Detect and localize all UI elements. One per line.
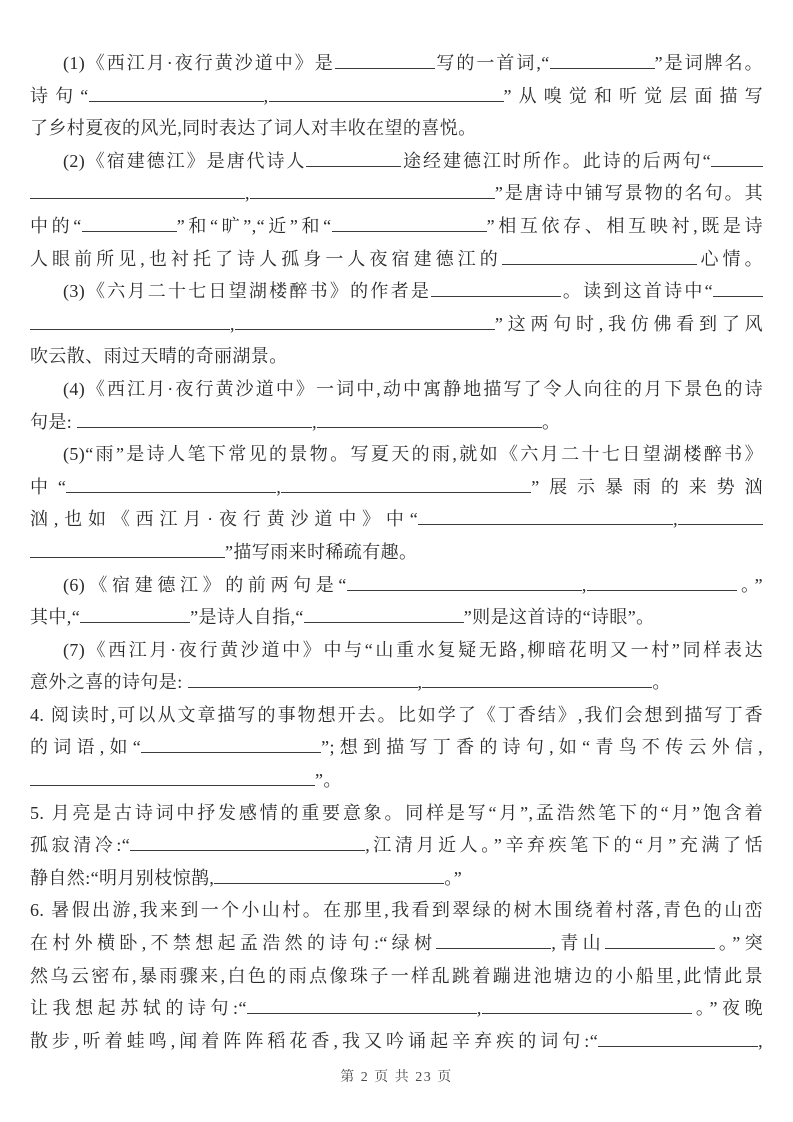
text-segment: 诗句“ [30, 86, 89, 106]
text-line: 中的“”和“旷”,“近”和“”相互依存、相互映衬,既是诗 [30, 210, 763, 243]
text-segment: ”。 [315, 770, 342, 790]
text-segment: 的词语,如“ [30, 737, 141, 757]
text-segment: 人眼前所见,也衬托了诗人孤身一人夜宿建德江的 [30, 249, 502, 269]
text-segment: 。读到这首诗中“ [561, 281, 713, 301]
fill-in-blank [598, 1033, 758, 1047]
text-segment: (6)《宿建德江》的前两句是“ [63, 575, 347, 595]
fill-in-blank [30, 185, 245, 199]
text-segment: ”是词牌名。 [655, 53, 763, 73]
text-segment: 5. 月亮是古诗词中抒发感情的重要意象。同样是写“月”,孟浩然笔下的“月”饱含着 [30, 803, 763, 823]
text-segment: ”描写雨来时稀疏有趣。 [225, 542, 417, 562]
text-segment: ”;想到描写丁香的诗句,如“青鸟不传云外信, [321, 737, 763, 757]
text-segment: (3)《六月二十七日望湖楼醉书》的作者是 [63, 281, 431, 301]
text-line: (2)《宿建德江》是唐代诗人途经建德江时所作。此诗的后两句“ [30, 145, 763, 178]
text-line: ”。 [30, 764, 763, 797]
text-line: ,”这两句时,我仿佛看到了风 [30, 308, 763, 341]
fill-in-blank [130, 837, 365, 851]
fill-in-blank [188, 674, 418, 688]
text-segment: 静自然:“明月别枝惊鹊, [30, 868, 214, 888]
text-line: 的词语,如“”;想到描写丁香的诗句,如“青鸟不传云外信, [30, 731, 763, 764]
text-segment: ”是诗人自指,“ [190, 607, 304, 627]
text-segment: 了乡村夏夜的风光,同时表达了词人对丰收在望的喜悦。 [30, 118, 477, 138]
fill-in-blank [247, 1000, 477, 1014]
text-segment: 句是: [30, 412, 77, 432]
fill-in-blank [89, 88, 264, 102]
text-line: ”描写雨来时稀疏有趣。 [30, 536, 763, 569]
worksheet-lines: (1)《西江月·夜行黄沙道中》是写的一首词,“”是词牌名。诗句“,”从嗅觉和听觉… [30, 47, 763, 1057]
fill-in-blank [605, 935, 715, 949]
text-line: (1)《西江月·夜行黄沙道中》是写的一首词,“”是词牌名。 [30, 47, 763, 80]
fill-in-blank [214, 870, 444, 884]
fill-in-blank [281, 479, 531, 493]
text-segment: 汹,也如《西江月·夜行黄沙道中》中“ [30, 509, 418, 529]
text-segment: 孤寂清冷:“ [30, 835, 130, 855]
text-segment: 在村外横卧,不禁想起孟浩然的诗句:“绿树 [30, 933, 436, 953]
text-segment: (7)《西江月·夜行黄沙道中》中与“山重水复疑无路,柳暗花明又一村”同样表达 [63, 640, 763, 660]
text-line: 了乡村夏夜的风光,同时表达了词人对丰收在望的喜悦。 [30, 112, 763, 145]
fill-in-blank [347, 577, 582, 591]
text-segment: 。”夜晚 [692, 998, 763, 1018]
fill-in-blank [82, 218, 177, 232]
text-segment: 吹云散、雨过天晴的奇丽湖景。 [30, 346, 288, 366]
text-segment: (4)《西江月·夜行黄沙道中》一词中,动中寓静地描写了令人向往的月下景色的诗 [63, 379, 763, 399]
text-line: 其中,“”是诗人自指,“”则是这首诗的“诗眼”。 [30, 601, 763, 634]
text-segment: 然乌云密布,暴雨骤来,白色的雨点像珠子一样乱跳着蹦进池塘边的小船里,此情此景 [30, 966, 763, 986]
text-segment: ”展示暴雨的来势汹 [531, 477, 763, 497]
text-segment: 。 [652, 672, 670, 692]
text-line: 句是: ,。 [30, 406, 763, 439]
text-line: 让我想起苏轼的诗句:“,。”夜晚 [30, 992, 763, 1025]
text-segment: ,青山 [551, 933, 605, 953]
fill-in-blank [418, 511, 673, 525]
fill-in-blank [269, 88, 504, 102]
text-line: (6)《宿建德江》的前两句是“,。” [30, 569, 763, 602]
text-line: (5)“雨”是诗人笔下常见的景物。写夏天的雨,就如《六月二十七日望湖楼醉书》 [30, 438, 763, 471]
text-line: 意外之喜的诗句是: ,。 [30, 666, 763, 699]
text-segment: 意外之喜的诗句是: [30, 672, 188, 692]
text-segment: (1)《西江月·夜行黄沙道中》是 [63, 53, 335, 73]
fill-in-blank [587, 577, 737, 591]
text-segment: ”从嗅觉和听觉层面描写 [504, 86, 763, 106]
text-line: 5. 月亮是古诗词中抒发感情的重要意象。同样是写“月”,孟浩然笔下的“月”饱含着 [30, 797, 763, 830]
text-line: 静自然:“明月别枝惊鹊,。” [30, 862, 763, 895]
text-segment: 。” [444, 868, 462, 888]
text-segment: 其中,“ [30, 607, 80, 627]
text-line: (4)《西江月·夜行黄沙道中》一词中,动中寓静地描写了令人向往的月下景色的诗 [30, 373, 763, 406]
fill-in-blank [332, 218, 487, 232]
fill-in-blank [678, 511, 763, 525]
text-line: 6. 暑假出游,我来到一个小山村。在那里,我看到翠绿的树木围绕着村落,青色的山峦 [30, 894, 763, 927]
text-segment: 。”突 [715, 933, 763, 953]
text-segment: 散步,听着蛙鸣,闻着阵阵稻花香,我又吟诵起辛弃疾的词句:“ [30, 1031, 598, 1051]
text-segment: 中的“ [30, 216, 82, 236]
text-segment: ”和“旷”,“近”和“ [177, 216, 332, 236]
text-line: 中“,”展示暴雨的来势汹 [30, 471, 763, 504]
text-line: 人眼前所见,也衬托了诗人孤身一人夜宿建德江的心情。 [30, 243, 763, 276]
text-line: (3)《六月二十七日望湖楼醉书》的作者是。读到这首诗中“ [30, 275, 763, 308]
fill-in-blank [422, 674, 652, 688]
fill-in-blank [482, 1000, 692, 1014]
fill-in-blank [66, 479, 276, 493]
fill-in-blank [30, 316, 230, 330]
text-segment: , [758, 1031, 763, 1051]
text-segment: 让我想起苏轼的诗句:“ [30, 998, 247, 1018]
document-page: (1)《西江月·夜行黄沙道中》是写的一首词,“”是词牌名。诗句“,”从嗅觉和听觉… [0, 0, 793, 1122]
fill-in-blank [317, 414, 542, 428]
text-segment: ,江清月近人。”辛弃疾笔下的“月”充满了恬 [365, 835, 763, 855]
fill-in-blank [306, 153, 401, 167]
fill-in-blank [250, 185, 495, 199]
text-line: 诗句“,”从嗅觉和听觉层面描写 [30, 80, 763, 113]
text-segment: 。 [542, 412, 560, 432]
text-segment: 中“ [30, 477, 66, 497]
text-segment: 途经建德江时所作。此诗的后两句“ [401, 151, 711, 171]
text-segment: 。” [737, 575, 763, 595]
text-line: 散步,听着蛙鸣,闻着阵阵稻花香,我又吟诵起辛弃疾的词句:“, [30, 1025, 763, 1058]
text-segment: (5)“雨”是诗人笔下常见的景物。写夏天的雨,就如《六月二十七日望湖楼醉书》 [63, 444, 763, 464]
text-line: 孤寂清冷:“,江清月近人。”辛弃疾笔下的“月”充满了恬 [30, 829, 763, 862]
fill-in-blank [77, 414, 312, 428]
fill-in-blank [30, 544, 225, 558]
text-segment: 6. 暑假出游,我来到一个小山村。在那里,我看到翠绿的树木围绕着村落,青色的山峦 [30, 900, 763, 920]
text-segment: ”相互依存、相互映衬,既是诗 [487, 216, 763, 236]
text-line: 在村外横卧,不禁想起孟浩然的诗句:“绿树,青山。”突 [30, 927, 763, 960]
text-segment: ”是唐诗中铺写景物的名句。其 [495, 183, 763, 203]
text-line: (7)《西江月·夜行黄沙道中》中与“山重水复疑无路,柳暗花明又一村”同样表达 [30, 634, 763, 667]
text-segment: 写的一首词,“ [435, 53, 550, 73]
fill-in-blank [550, 55, 655, 69]
text-segment: 4. 阅读时,可以从文章描写的事物想开去。比如学了《丁香结》,我们会想到描写丁香 [30, 705, 763, 725]
text-line: 吹云散、雨过天晴的奇丽湖景。 [30, 340, 763, 373]
fill-in-blank [502, 251, 697, 265]
text-line: 汹,也如《西江月·夜行黄沙道中》中“, [30, 503, 763, 536]
fill-in-blank [436, 935, 551, 949]
text-line: ,”是唐诗中铺写景物的名句。其 [30, 177, 763, 210]
fill-in-blank [335, 55, 435, 69]
fill-in-blank [30, 772, 315, 786]
fill-in-blank [713, 283, 763, 297]
text-segment: ”这两句时,我仿佛看到了风 [495, 314, 763, 334]
page-footer: 第 2 页 共 23 页 [30, 1066, 763, 1086]
text-segment: (2)《宿建德江》是唐代诗人 [63, 151, 306, 171]
text-segment: 心情。 [697, 249, 763, 269]
fill-in-blank [80, 609, 190, 623]
fill-in-blank [141, 739, 321, 753]
fill-in-blank [235, 316, 495, 330]
fill-in-blank [431, 283, 561, 297]
fill-in-blank [304, 609, 464, 623]
text-line: 然乌云密布,暴雨骤来,白色的雨点像珠子一样乱跳着蹦进池塘边的小船里,此情此景 [30, 960, 763, 993]
text-segment: ”则是这首诗的“诗眼”。 [464, 607, 655, 627]
fill-in-blank [711, 153, 763, 167]
text-line: 4. 阅读时,可以从文章描写的事物想开去。比如学了《丁香结》,我们会想到描写丁香 [30, 699, 763, 732]
